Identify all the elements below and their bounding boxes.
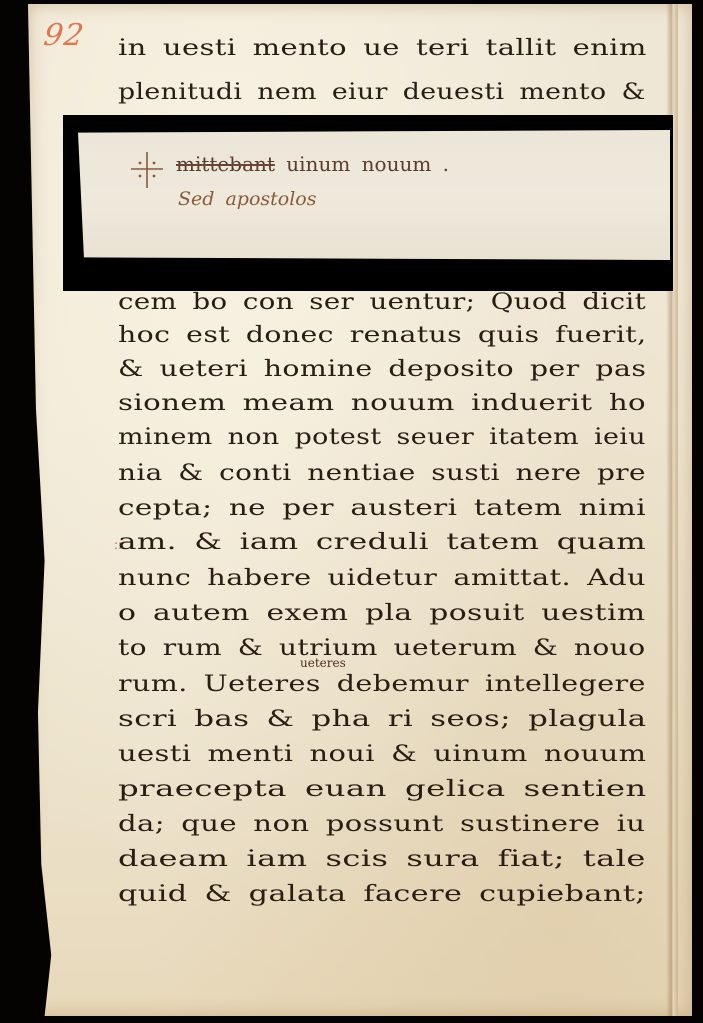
text-line-13: scri bas & pha ri seos; plagula xyxy=(118,707,647,732)
text-line-11: to rum & utrium ueterum & nouo xyxy=(118,636,646,661)
text-line-15: praecepta euan gelica sentien xyxy=(118,777,647,802)
text-line-1: cem bo con ser uentur; Quod dicit xyxy=(118,290,646,315)
text-line-6: nia & conti nentiae susti nere pre xyxy=(118,461,646,486)
text-line-4: sionem meam nouum induerit ho xyxy=(118,391,646,416)
text-line-10: o autem exem pla posuit uestim xyxy=(118,601,646,626)
text-line-14: uesti menti noui & uinum nouum xyxy=(118,742,646,767)
text-line-18: quid & galata facere cupiebant; xyxy=(118,882,646,907)
struck-word: mittebant xyxy=(176,152,275,176)
text-line-12: rum. Ueteres debemur intellegere xyxy=(118,672,646,697)
text-line-7: cepta; ne per austeri tatem nimi xyxy=(118,496,646,521)
text-line-upper-2: plenitudi nem eiur deuesti mento & xyxy=(118,80,646,105)
text-line-2: hoc est donec renatus quis fuerit, xyxy=(118,323,646,348)
text-line-16: da; que non possunt sustinere iu xyxy=(118,812,645,837)
slip-line-1-text: uinum nouum . xyxy=(286,152,449,176)
slip-line-2: Sed apostolos xyxy=(178,188,316,210)
text-line-8: am. & iam creduli tatem quam xyxy=(118,530,646,555)
text-line-9: nunc habere uidetur amittat. Adu xyxy=(118,566,646,591)
folio-number: 92 xyxy=(42,18,87,53)
text-line-upper-1: in uesti mento ue teri tallit enim xyxy=(118,36,647,61)
cross-reference-mark-icon xyxy=(127,150,167,190)
interlinear-gloss: ueteres xyxy=(300,656,346,670)
slip-line-1: mittebant uinum nouum . xyxy=(176,152,449,176)
text-line-17: daeam iam scis sura fiat; tale xyxy=(118,847,646,872)
text-line-5: minem non potest seuer itatem ieiu xyxy=(118,425,646,450)
text-line-3: & ueteri homine deposito per pas xyxy=(118,357,646,382)
